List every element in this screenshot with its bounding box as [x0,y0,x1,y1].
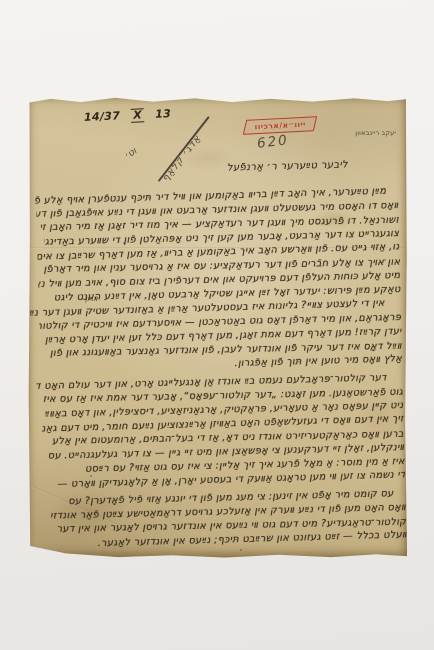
archive-stamp-text: ייוו״א/ארכיוו [254,120,306,131]
photo-backdrop: 14/37 X 13 אַדג׳ קלאַף וט׳ ייוו״א/ארכיוו… [0,0,434,650]
pencil-mark: וט׳ [123,146,139,161]
archive-number: 620 [256,132,289,152]
manuscript-body: מײַן טײַערער, איך האָב דײַן בריװ באַקומע… [36,185,407,552]
date-day: 13 [155,107,171,121]
date-annotation: 14/37 X 13 [84,107,172,124]
ink-speck [240,549,242,551]
date-month-roman: X [131,108,144,122]
letter-greeting: ליבער טײַערער ר׳ אַרנפֿעל ! [226,159,348,173]
printed-letterhead-name: יעקב ריינבאוון [346,129,396,137]
pencil-scrawl-annotation: אַדג׳ קלאַף [160,133,203,184]
letter-paper: 14/37 X 13 אַדג׳ קלאַף וט׳ ייוו״א/ארכיוו… [28,97,407,558]
date-left: 14/37 [84,109,121,124]
